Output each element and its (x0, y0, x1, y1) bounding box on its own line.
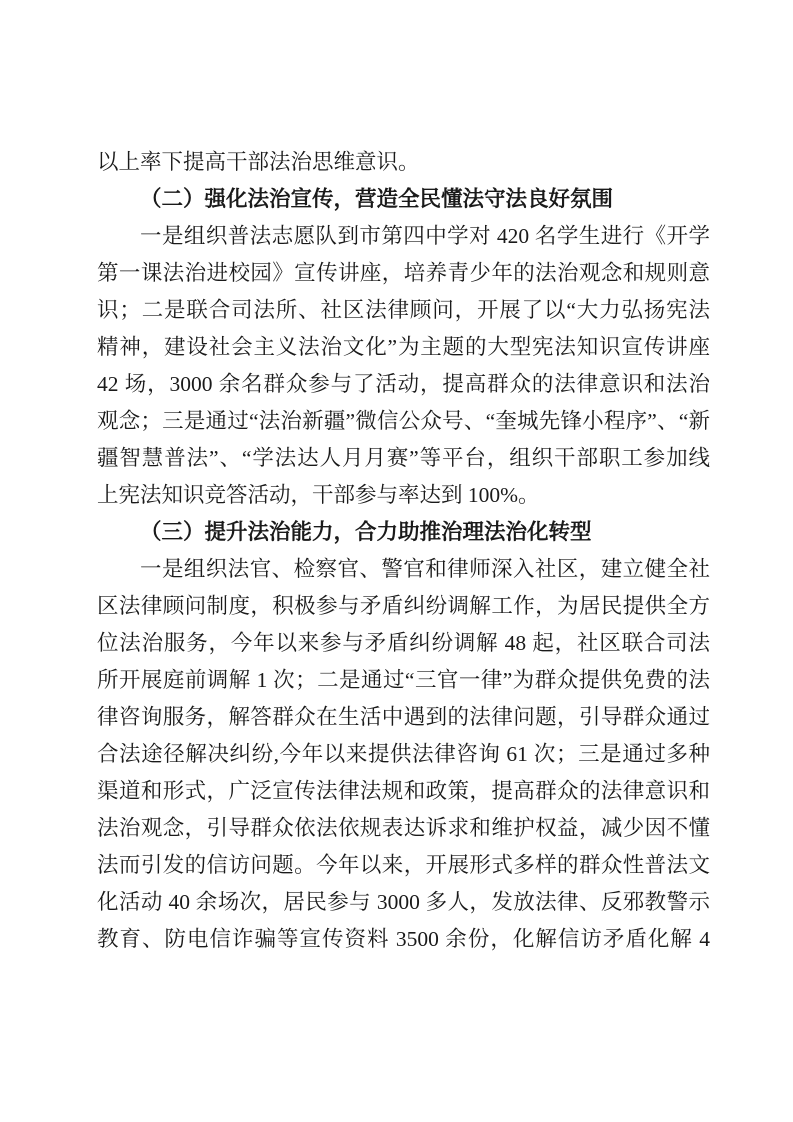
section-heading: （二）强化法治宣传，营造全民懂法守法良好氛围 (97, 181, 710, 218)
document-body: 以上率下提高干部法治思维意识。 （二）强化法治宣传，营造全民懂法守法良好氛围 一… (97, 144, 710, 958)
text-line: 精神，建设社会主义法治文化”为主题的大型宪法知识宣传讲座 (97, 329, 710, 366)
text-line: 识；二是联合司法所、社区法律顾问，开展了以“大力弘扬宪法 (97, 292, 710, 329)
text-line: 一是组织普法志愿队到市第四中学对 420 名学生进行《开学 (97, 218, 710, 255)
text-line: 合法途径解决纠纷,今年以来提供法律咨询 61 次；三是通过多种 (97, 736, 710, 773)
text-line: 所开展庭前调解 1 次；二是通过“三官一律”为群众提供免费的法 (97, 662, 710, 699)
text-line: 第一课法治进校园》宣传讲座，培养青少年的法治观念和规则意 (97, 255, 710, 292)
text-line: 法治观念，引导群众依法依规表达诉求和维护权益，减少因不懂 (97, 810, 710, 847)
text-line: 位法治服务，今年以来参与矛盾纠纷调解 48 起，社区联合司法 (97, 625, 710, 662)
text-line: 以上率下提高干部法治思维意识。 (97, 144, 710, 181)
text-line: 律咨询服务，解答群众在生活中遇到的法律问题，引导群众通过 (97, 699, 710, 736)
document-page: 以上率下提高干部法治思维意识。 （二）强化法治宣传，营造全民懂法守法良好氛围 一… (0, 0, 793, 1122)
text-line: 化活动 40 余场次，居民参与 3000 多人，发放法律、反邪教警示 (97, 884, 710, 921)
text-line: 一是组织法官、检察官、警官和律师深入社区，建立健全社 (97, 551, 710, 588)
text-line: 观念；三是通过“法治新疆”微信公众号、“奎城先锋小程序”、“新 (97, 403, 710, 440)
text-line: 上宪法知识竞答活动，干部参与率达到 100%。 (97, 477, 710, 514)
text-line: 42 场，3000 余名群众参与了活动，提高群众的法律意识和法治 (97, 366, 710, 403)
text-line: 教育、防电信诈骗等宣传资料 3500 余份，化解信访矛盾化解 4 (97, 921, 710, 958)
text-line: 疆智慧普法”、“学法达人月月赛”等平台，组织干部职工参加线 (97, 440, 710, 477)
text-line: 区法律顾问制度，积极参与矛盾纠纷调解工作，为居民提供全方 (97, 588, 710, 625)
section-heading: （三）提升法治能力，合力助推治理法治化转型 (97, 514, 710, 551)
text-line: 法而引发的信访问题。今年以来，开展形式多样的群众性普法文 (97, 847, 710, 884)
text-line: 渠道和形式，广泛宣传法律法规和政策，提高群众的法律意识和 (97, 773, 710, 810)
